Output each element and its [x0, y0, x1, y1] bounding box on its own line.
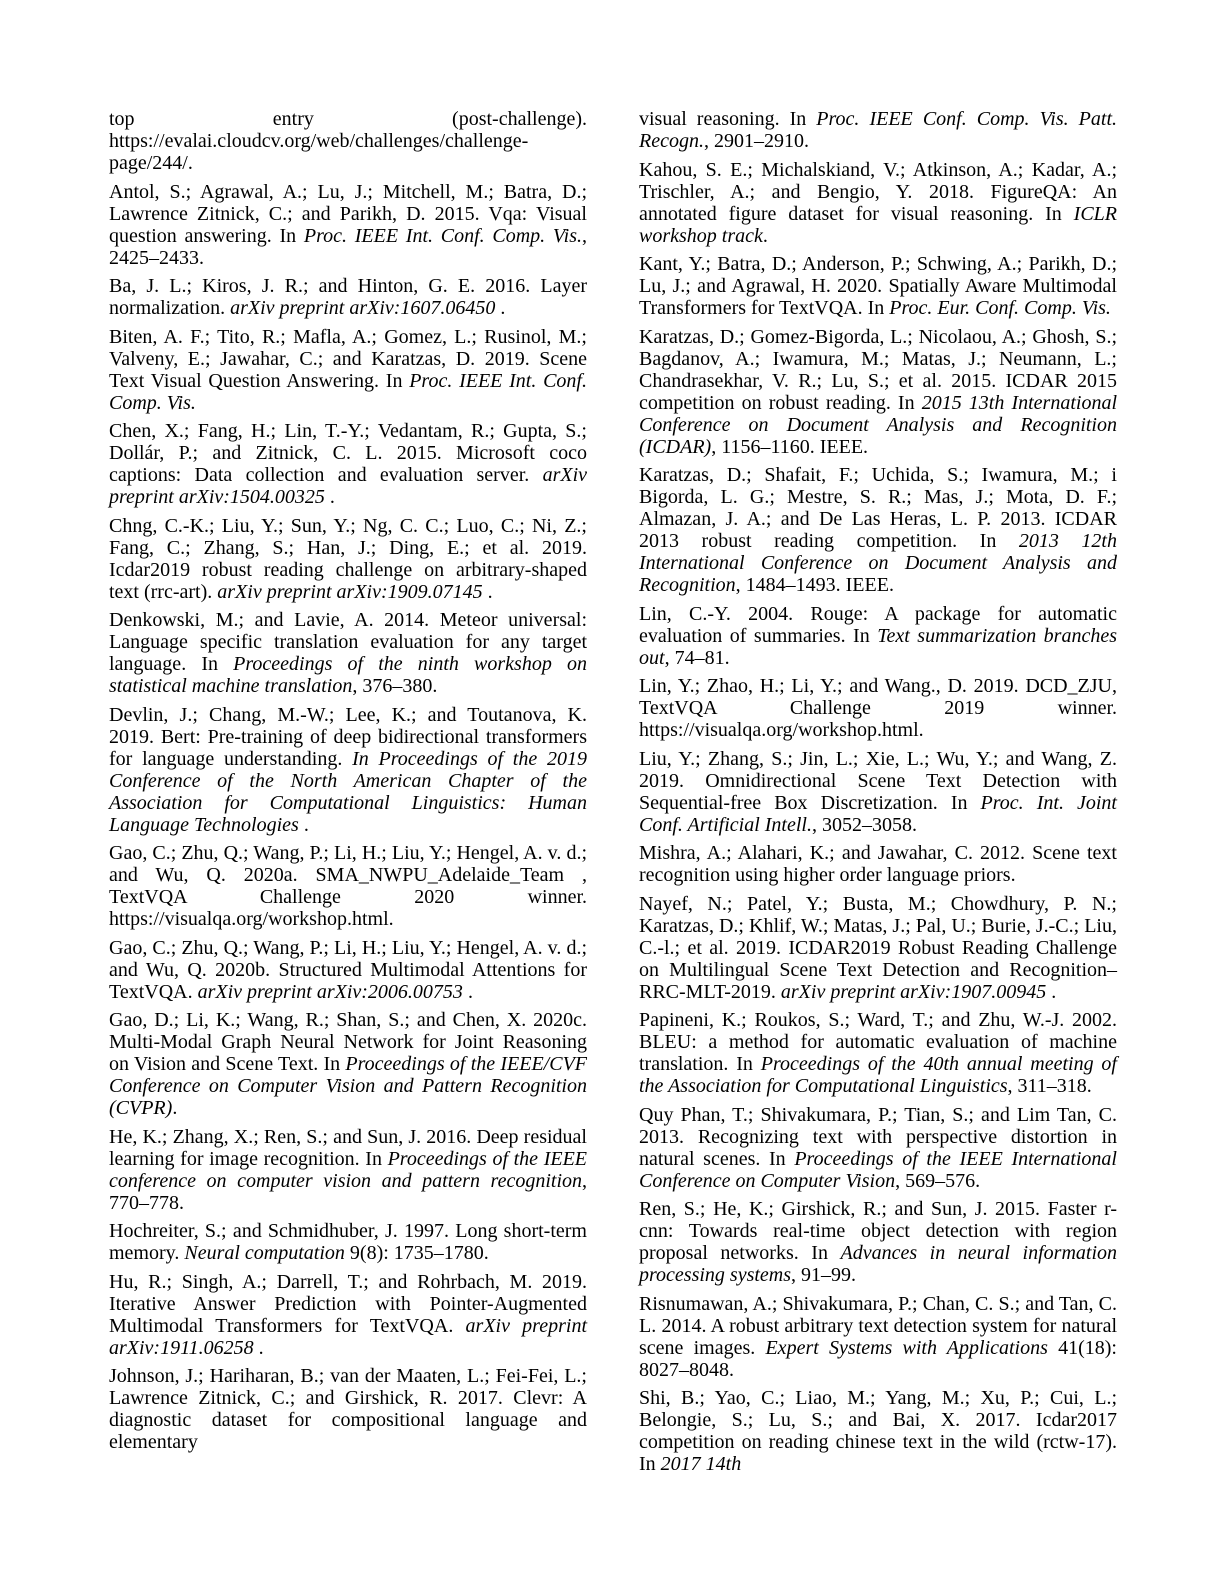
reference-text: Chen, X.; Fang, H.; Lin, T.-Y.; Vedantam…	[109, 420, 587, 486]
reference-text: .	[463, 981, 473, 1003]
reference-venue-italic: Expert Systems with Applications	[765, 1337, 1047, 1359]
reference-entry: Biten, A. F.; Tito, R.; Mafla, A.; Gomez…	[109, 326, 587, 414]
reference-venue-italic: Proc. IEEE Int. Conf. Comp. Vis.	[304, 225, 582, 247]
reference-entry: Denkowski, M.; and Lavie, A. 2014. Meteo…	[109, 609, 587, 697]
reference-text: , 2901–2910.	[704, 130, 809, 152]
reference-text: top entry (post-challenge). https://eval…	[109, 108, 587, 174]
reference-entry: Antol, S.; Agrawal, A.; Lu, J.; Mitchell…	[109, 181, 587, 269]
reference-entry: Kant, Y.; Batra, D.; Anderson, P.; Schwi…	[639, 253, 1117, 319]
reference-text: .	[483, 581, 493, 603]
reference-entry: He, K.; Zhang, X.; Ren, S.; and Sun, J. …	[109, 1126, 587, 1214]
reference-venue-italic: Neural computation	[184, 1242, 345, 1264]
reference-venue-italic: 2017 14th	[661, 1453, 742, 1475]
reference-entry: Gao, D.; Li, K.; Wang, R.; Shan, S.; and…	[109, 1009, 587, 1119]
reference-text: .	[254, 1337, 264, 1359]
reference-entry: Papineni, K.; Roukos, S.; Ward, T.; and …	[639, 1009, 1117, 1097]
reference-entry: Liu, Y.; Zhang, S.; Jin, L.; Xie, L.; Wu…	[639, 748, 1117, 836]
reference-venue-italic: arXiv preprint arXiv:1909.07145	[217, 581, 482, 603]
reference-text: 9(8): 1735–1780.	[345, 1242, 489, 1264]
reference-entry: Ren, S.; He, K.; Girshick, R.; and Sun, …	[639, 1198, 1117, 1286]
reference-text: Mishra, A.; Alahari, K.; and Jawahar, C.…	[639, 842, 1117, 886]
reference-entry: top entry (post-challenge). https://eval…	[109, 108, 587, 174]
reference-text: Gao, C.; Zhu, Q.; Wang, P.; Li, H.; Liu,…	[109, 842, 587, 930]
reference-entry: Gao, C.; Zhu, Q.; Wang, P.; Li, H.; Liu,…	[109, 937, 587, 1003]
references-page: top entry (post-challenge). https://eval…	[0, 0, 1224, 1584]
reference-entry: Chng, C.-K.; Liu, Y.; Sun, Y.; Ng, C. C.…	[109, 515, 587, 603]
reference-entry: Risnumawan, A.; Shivakumara, P.; Chan, C…	[639, 1293, 1117, 1381]
reference-text: .	[495, 297, 505, 319]
reference-venue-italic: arXiv preprint arXiv:1907.00945	[781, 981, 1046, 1003]
reference-text: Lin, Y.; Zhao, H.; Li, Y.; and Wang., D.…	[639, 675, 1117, 741]
reference-entry: Hu, R.; Singh, A.; Darrell, T.; and Rohr…	[109, 1271, 587, 1359]
reference-entry: Kahou, S. E.; Michalskiand, V.; Atkinson…	[639, 159, 1117, 247]
reference-entry: Quy Phan, T.; Shivakumara, P.; Tian, S.;…	[639, 1104, 1117, 1192]
reference-entry: visual reasoning. In Proc. IEEE Conf. Co…	[639, 108, 1117, 152]
reference-entry: Lin, Y.; Zhao, H.; Li, Y.; and Wang., D.…	[639, 675, 1117, 741]
reference-venue-italic: arXiv preprint arXiv:1607.06450	[230, 297, 495, 319]
reference-entry: Chen, X.; Fang, H.; Lin, T.-Y.; Vedantam…	[109, 420, 587, 508]
reference-entry: Devlin, J.; Chang, M.-W.; Lee, K.; and T…	[109, 704, 587, 836]
reference-text: .	[172, 1097, 177, 1119]
reference-entry: Johnson, J.; Hariharan, B.; van der Maat…	[109, 1365, 587, 1453]
reference-entry: Lin, C.-Y. 2004. Rouge: A package for au…	[639, 603, 1117, 669]
reference-venue-italic: Proc. Eur. Conf. Comp. Vis.	[889, 297, 1111, 319]
reference-text: .	[299, 814, 309, 836]
reference-text: .	[1046, 981, 1056, 1003]
reference-text: , 74–81.	[665, 647, 730, 669]
reference-entry: Karatzas, D.; Shafait, F.; Uchida, S.; I…	[639, 464, 1117, 596]
reference-text: , 376–380.	[352, 675, 437, 697]
reference-text: , 91–99.	[791, 1264, 856, 1286]
reference-text: Johnson, J.; Hariharan, B.; van der Maat…	[109, 1365, 587, 1453]
reference-text: , 569–576.	[895, 1170, 980, 1192]
reference-entry: Ba, J. L.; Kiros, J. R.; and Hinton, G. …	[109, 275, 587, 319]
reference-entry: Karatzas, D.; Gomez-Bigorda, L.; Nicolao…	[639, 326, 1117, 458]
reference-text: , 1484–1493. IEEE.	[736, 574, 894, 596]
reference-text: , 3052–3058.	[812, 814, 917, 836]
right-column: visual reasoning. In Proc. IEEE Conf. Co…	[639, 108, 1117, 1482]
left-column: top entry (post-challenge). https://eval…	[109, 108, 587, 1460]
reference-text: , 1156–1160. IEEE.	[711, 436, 868, 458]
reference-text: .	[763, 225, 768, 247]
reference-text: .	[325, 486, 335, 508]
reference-entry: Gao, C.; Zhu, Q.; Wang, P.; Li, H.; Liu,…	[109, 842, 587, 930]
reference-text: visual reasoning. In	[639, 108, 816, 130]
reference-entry: Mishra, A.; Alahari, K.; and Jawahar, C.…	[639, 842, 1117, 886]
reference-entry: Nayef, N.; Patel, Y.; Busta, M.; Chowdhu…	[639, 893, 1117, 1003]
reference-venue-italic: arXiv preprint arXiv:2006.00753	[198, 981, 463, 1003]
reference-text: , 311–318.	[1008, 1075, 1092, 1097]
reference-entry: Hochreiter, S.; and Schmidhuber, J. 1997…	[109, 1220, 587, 1264]
reference-entry: Shi, B.; Yao, C.; Liao, M.; Yang, M.; Xu…	[639, 1387, 1117, 1475]
reference-text: Kahou, S. E.; Michalskiand, V.; Atkinson…	[639, 159, 1117, 225]
